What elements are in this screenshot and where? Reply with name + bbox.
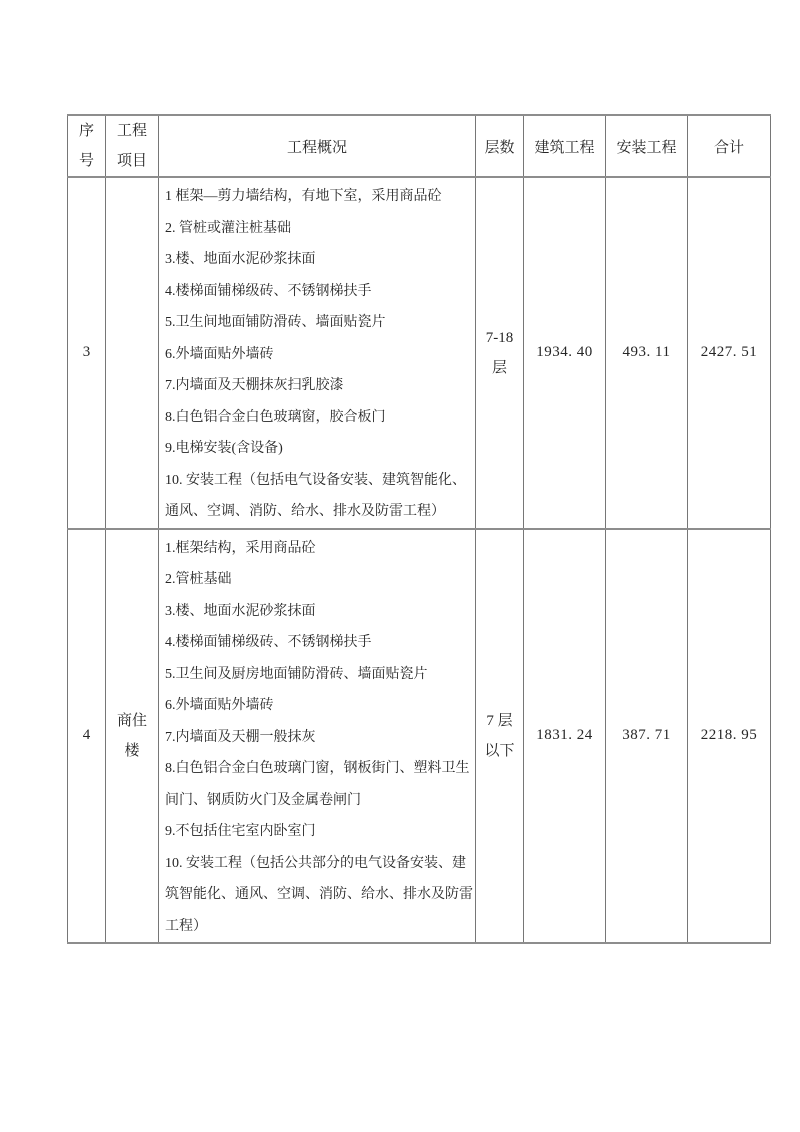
overview-line: 4.楼梯面铺梯级砖、不锈钢梯扶手 bbox=[165, 627, 472, 659]
overview-line: 2.管桩基础 bbox=[165, 564, 472, 596]
table-header-row: 序 号 工程 项目 工程概况 层数 建筑工程 安装工程 合计 bbox=[68, 115, 771, 177]
cell-installation: 387. 71 bbox=[606, 529, 688, 944]
floors-line2: 以下 bbox=[476, 736, 523, 766]
cell-overview: 1.框架结构，采用商品砼 2.管桩基础 3.楼、地面水泥砂浆抹面 4.楼梯面铺梯… bbox=[159, 529, 476, 944]
overview-line: 通风、空调、消防、给水、排水及防雷工程） bbox=[165, 496, 472, 528]
header-overview: 工程概况 bbox=[159, 115, 476, 177]
cell-construction: 1831. 24 bbox=[524, 529, 606, 944]
cell-installation: 493. 11 bbox=[606, 177, 688, 529]
header-seq: 序 号 bbox=[68, 115, 106, 177]
table-row-3: 3 1 框架—剪力墙结构，有地下室，采用商品砼 2. 管桩或灌注桩基础 3.楼、… bbox=[68, 177, 771, 529]
cell-total: 2218. 95 bbox=[688, 529, 771, 944]
cell-project bbox=[106, 177, 159, 529]
header-total: 合计 bbox=[688, 115, 771, 177]
floors-line2: 层 bbox=[476, 353, 523, 383]
cell-floors: 7-18 层 bbox=[476, 177, 524, 529]
overview-line: 3.楼、地面水泥砂浆抹面 bbox=[165, 596, 472, 628]
overview-line: 筑智能化、通风、空调、消防、给水、排水及防雷 bbox=[165, 879, 472, 911]
overview-line: 10. 安装工程（包括电气设备安装、建筑智能化、 bbox=[165, 465, 472, 497]
header-floors: 层数 bbox=[476, 115, 524, 177]
floors-line1: 7-18 bbox=[476, 323, 523, 353]
header-construction: 建筑工程 bbox=[524, 115, 606, 177]
overview-line: 5.卫生间及厨房地面铺防滑砖、墙面贴瓷片 bbox=[165, 659, 472, 691]
overview-line: 1 框架—剪力墙结构，有地下室，采用商品砼 bbox=[165, 181, 472, 213]
cell-total: 2427. 51 bbox=[688, 177, 771, 529]
project-cost-table: 序 号 工程 项目 工程概况 层数 建筑工程 安装工程 合计 3 1 框架—剪力… bbox=[67, 114, 771, 944]
cell-construction: 1934. 40 bbox=[524, 177, 606, 529]
overview-line: 6.外墙面贴外墙砖 bbox=[165, 690, 472, 722]
cell-floors: 7 层 以下 bbox=[476, 529, 524, 944]
table-row-4: 4 商住 楼 1.框架结构，采用商品砼 2.管桩基础 3.楼、地面水泥砂浆抹面 … bbox=[68, 529, 771, 944]
overview-line: 10. 安装工程（包括公共部分的电气设备安装、建 bbox=[165, 848, 472, 880]
overview-line: 7.内墙面及天棚抹灰扫乳胶漆 bbox=[165, 370, 472, 402]
overview-line: 6.外墙面贴外墙砖 bbox=[165, 339, 472, 371]
overview-line: 3.楼、地面水泥砂浆抹面 bbox=[165, 244, 472, 276]
header-project-line2: 项目 bbox=[106, 146, 158, 176]
project-line2: 楼 bbox=[106, 736, 158, 766]
overview-line: 9.不包括住宅室内卧室门 bbox=[165, 816, 472, 848]
cell-project: 商住 楼 bbox=[106, 529, 159, 944]
overview-line: 间门、钢质防火门及金属卷闸门 bbox=[165, 785, 472, 817]
overview-line: 5.卫生间地面铺防滑砖、墙面贴瓷片 bbox=[165, 307, 472, 339]
overview-line: 8.白色铝合金白色玻璃窗，胶合板门 bbox=[165, 402, 472, 434]
overview-line: 4.楼梯面铺梯级砖、不锈钢梯扶手 bbox=[165, 276, 472, 308]
overview-line: 工程） bbox=[165, 911, 472, 943]
overview-line: 1.框架结构，采用商品砼 bbox=[165, 533, 472, 565]
overview-line: 7.内墙面及天棚一般抹灰 bbox=[165, 722, 472, 754]
cell-seq: 4 bbox=[68, 529, 106, 944]
overview-line: 8.白色铝合金白色玻璃门窗，钢板街门、塑料卫生 bbox=[165, 753, 472, 785]
cell-seq: 3 bbox=[68, 177, 106, 529]
overview-line: 2. 管桩或灌注桩基础 bbox=[165, 213, 472, 245]
floors-line1: 7 层 bbox=[476, 706, 523, 736]
header-project-line1: 工程 bbox=[106, 116, 158, 146]
header-project: 工程 项目 bbox=[106, 115, 159, 177]
document-page: 序 号 工程 项目 工程概况 层数 建筑工程 安装工程 合计 3 1 框架—剪力… bbox=[0, 0, 800, 1132]
cell-overview: 1 框架—剪力墙结构，有地下室，采用商品砼 2. 管桩或灌注桩基础 3.楼、地面… bbox=[159, 177, 476, 529]
overview-line: 9.电梯安装(含设备) bbox=[165, 433, 472, 465]
header-seq-line1: 序 bbox=[68, 116, 105, 146]
header-seq-line2: 号 bbox=[68, 146, 105, 176]
header-installation: 安装工程 bbox=[606, 115, 688, 177]
project-line1: 商住 bbox=[106, 706, 158, 736]
